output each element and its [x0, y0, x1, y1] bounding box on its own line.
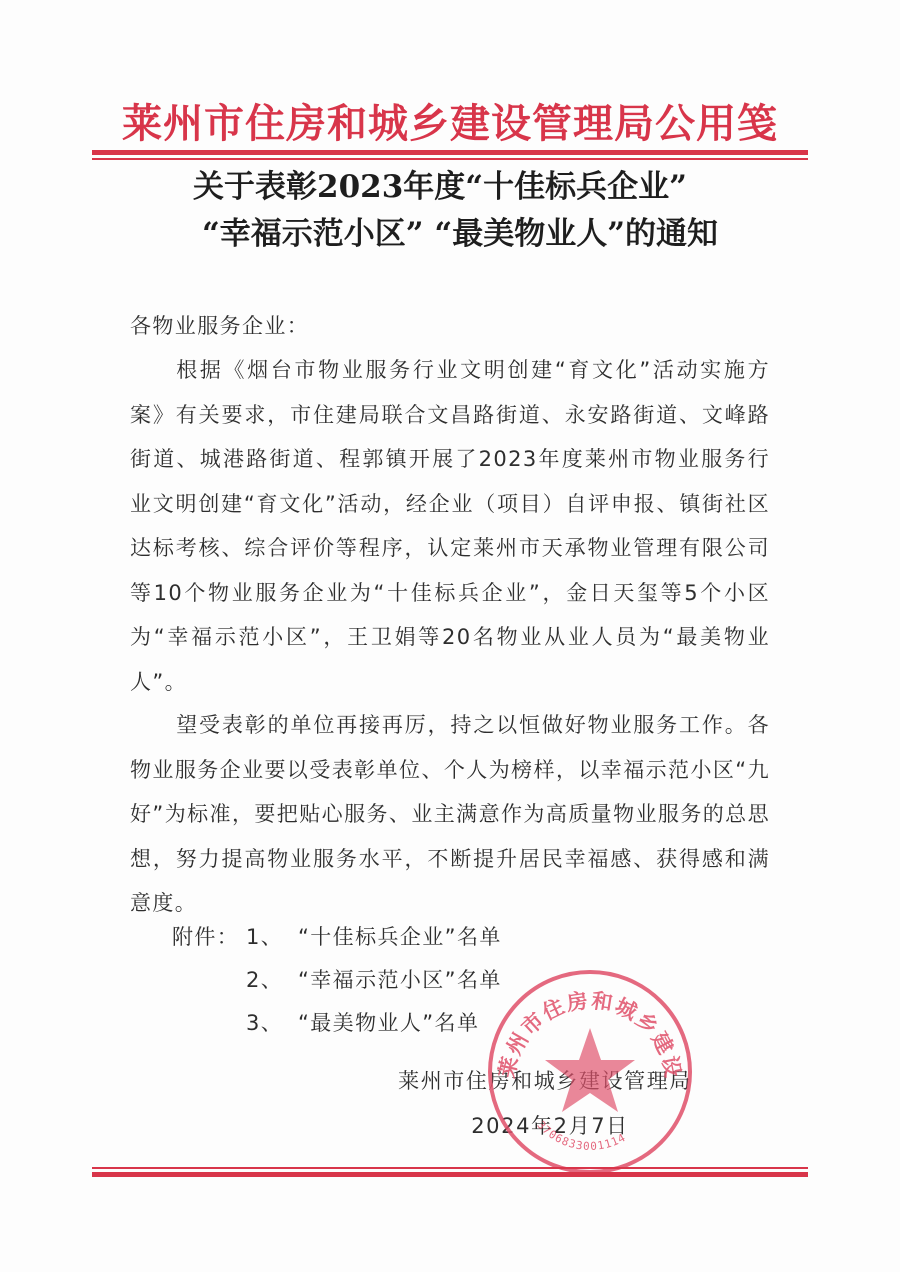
- footer-rule-thick: [92, 1172, 808, 1177]
- attachment-item-2: 2、 “幸福示范小区”名单: [172, 959, 502, 1002]
- attachment-title: “十佳标兵企业”名单: [298, 916, 502, 959]
- attachments-label: 附件：: [172, 916, 246, 959]
- attachment-title: “幸福示范小区”名单: [298, 959, 502, 1002]
- attachment-number: 2、: [246, 959, 298, 1002]
- attachment-item-3: 3、 “最美物业人”名单: [172, 1002, 502, 1045]
- attachment-item-1: 附件： 1、 “十佳标兵企业”名单: [172, 916, 502, 959]
- attachment-number: 1、: [246, 916, 298, 959]
- issue-date: 2024年2月7日: [430, 1103, 670, 1149]
- attachment-number: 3、: [246, 1002, 298, 1045]
- attachment-title: “最美物业人”名单: [298, 1002, 479, 1045]
- letterhead-title: 莱州市住房和城乡建设管理局公用笺: [90, 96, 810, 152]
- document-page: 莱州市住房和城乡建设管理局公用笺 关于表彰2023年度“十佳标兵企业” “幸福示…: [0, 0, 900, 1272]
- body-paragraph-1: 根据《烟台市物业服务行业文明创建“育文化”活动实施方案》有关要求，市住建局联合文…: [130, 348, 770, 704]
- attachments-list: 附件： 1、 “十佳标兵企业”名单 2、 “幸福示范小区”名单 3、 “最美物业…: [172, 916, 502, 1045]
- issuer-name: 莱州市住房和城乡建设管理局: [380, 1058, 710, 1104]
- document-title-line-1: 关于表彰2023年度“十佳标兵企业”: [90, 166, 790, 208]
- body-paragraph-2: 望受表彰的单位再接再厉，持之以恒做好物业服务工作。各物业服务企业要以受表彰单位、…: [130, 703, 770, 926]
- salutation: 各物业服务企业：: [130, 304, 770, 349]
- document-title-line-2: “幸福示范小区” “最美物业人”的通知: [110, 213, 810, 255]
- letterhead-rule-thick: [92, 150, 808, 155]
- letterhead-rule-thin: [92, 158, 808, 160]
- footer-rule-thin: [92, 1167, 808, 1169]
